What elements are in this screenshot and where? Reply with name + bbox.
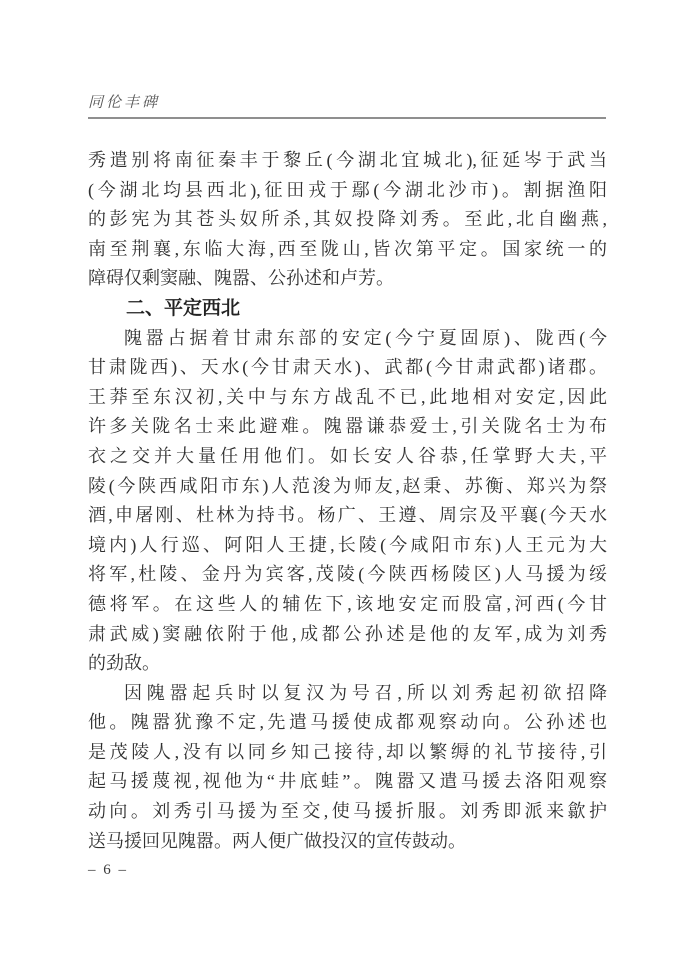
text-line: 的彭宪为其苍头奴所杀,其奴投降刘秀。至此,北自幽燕, (88, 205, 607, 235)
text-line: 许多关陇名士来此避难。隗嚣谦恭爱士,引关陇名士为布 (88, 412, 607, 442)
text-line: 肃武威)窦融依附于他,成都公孙述是他的友军,成为刘秀 (88, 620, 607, 650)
text-line: (今湖北均县西北),征田戎于鄢(今湖北沙市)。割据渔阳 (88, 176, 607, 206)
text-line: 将军,杜陵、金丹为宾客,茂陵(今陕西杨陵区)人马援为绥 (88, 560, 607, 590)
page-number: – 6 – (88, 862, 128, 878)
text-line: 南至荆襄,东临大海,西至陇山,皆次第平定。国家统一的 (88, 235, 607, 265)
text-line: 甘肃陇西)、天水(今甘肃天水)、武都(今甘肃武都)诸郡。 (88, 353, 607, 383)
text-line: 动向。刘秀引马援为至交,使马援折服。刘秀即派来歙护 (88, 797, 607, 827)
text-line: 德将军。在这些人的辅佐下,该地安定而股富,河西(今甘 (88, 590, 607, 620)
text-line: 衣之交并大量任用他们。如长安人谷恭,任掌野大夫,平 (88, 442, 607, 472)
running-header: 同伦丰碑 (88, 94, 606, 119)
text-line: 秀遣别将南征秦丰于黎丘(今湖北宜城北),征延岑于武当 (88, 146, 607, 176)
body-text: 秀遣别将南征秦丰于黎丘(今湖北宜城北),征延岑于武当 (今湖北均县西北),征田戎… (88, 146, 607, 856)
text-line: 他。隗嚣犹豫不定,先遣马援使成都观察动向。公孙述也 (88, 708, 607, 738)
text-line: 境内)人行巡、阿阳人王捷,长陵(今咸阳市东)人王元为大 (88, 531, 607, 561)
page-footer: – 6 – (88, 862, 128, 879)
text-line: 起马援蔑视,视他为“井底蛙”。隗嚣又遣马援去洛阳观察 (88, 767, 607, 797)
text-line: 送马援回见隗嚣。两人便广做投汉的宣传鼓动。 (88, 827, 607, 857)
text-line: 障碍仅剩窦融、隗嚣、公孙述和卢芳。 (88, 264, 607, 294)
text-line: 是茂陵人,没有以同乡知己接待,却以繁缛的礼节接待,引 (88, 738, 607, 768)
book-page: 同伦丰碑 秀遣别将南征秦丰于黎丘(今湖北宜城北),征延岑于武当 (今湖北均县西北… (0, 0, 692, 968)
running-title: 同伦丰碑 (88, 94, 160, 112)
text-line: 隗嚣占据着甘肃东部的安定(今宁夏固原)、陇西(今 (88, 324, 607, 354)
text-line: 的劲敌。 (88, 649, 607, 679)
text-line: 陵(今陕西咸阳市东)人范浚为师友,赵秉、苏衡、郑兴为祭 (88, 472, 607, 502)
text-line: 因隗嚣起兵时以复汉为号召,所以刘秀起初欲招降 (88, 679, 607, 709)
text-line: 酒,申屠刚、杜林为持书。杨广、王遵、周宗及平襄(今天水 (88, 501, 607, 531)
text-line: 王莽至东汉初,关中与东方战乱不已,此地相对安定,因此 (88, 383, 607, 413)
header-rule (88, 117, 606, 119)
section-heading: 二、平定西北 (88, 294, 607, 324)
